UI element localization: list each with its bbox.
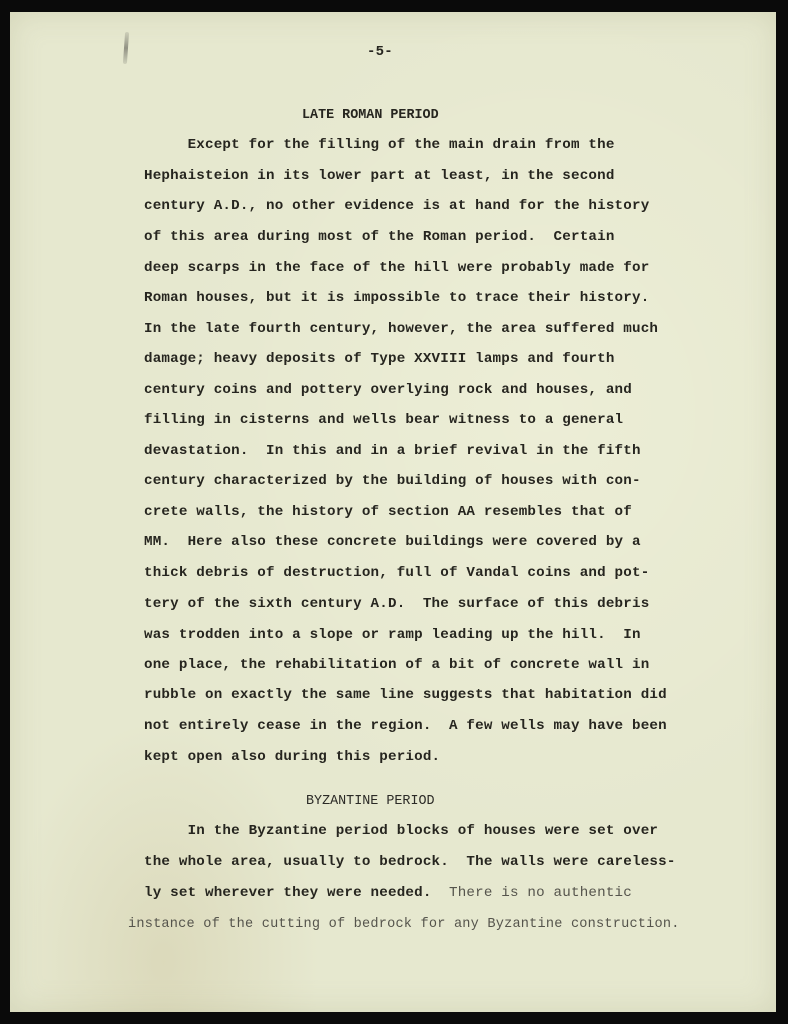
text-line: century A.D., no other evidence is at ha… — [144, 198, 649, 214]
text-line: rubble on exactly the same line suggests… — [144, 687, 667, 703]
text-segment-faint: There is no authentic — [432, 885, 632, 901]
section-heading-late-roman: LATE ROMAN PERIOD — [302, 108, 439, 123]
text-line: deep scarps in the face of the hill were… — [144, 260, 649, 276]
text-line: ly set wherever they were needed. There … — [144, 885, 632, 901]
text-line: crete walls, the history of section AA r… — [144, 504, 632, 520]
text-line: tery of the sixth century A.D. The surfa… — [144, 596, 649, 612]
text-line: In the Byzantine period blocks of houses… — [144, 823, 658, 839]
text-line: century coins and pottery overlying rock… — [144, 382, 632, 398]
text-segment: ly set wherever they were needed. — [144, 885, 432, 901]
text-line: filling in cisterns and wells bear witne… — [144, 412, 623, 428]
document-page: -5- LATE ROMAN PERIOD Except for the fil… — [10, 12, 776, 1012]
text-line: Roman houses, but it is impossible to tr… — [144, 290, 649, 306]
pencil-mark — [123, 32, 129, 64]
text-line: thick debris of destruction, full of Van… — [144, 565, 649, 581]
page-number: -5- — [367, 44, 393, 60]
section-heading-byzantine: BYZANTINE PERIOD — [306, 794, 435, 809]
text-line: kept open also during this period. — [144, 749, 440, 765]
text-line: was trodden into a slope or ramp leading… — [144, 627, 641, 643]
text-line: Except for the filling of the main drain… — [144, 137, 615, 153]
text-line: the whole area, usually to bedrock. The … — [144, 854, 676, 870]
text-line: not entirely cease in the region. A few … — [144, 718, 667, 734]
text-line: century characterized by the building of… — [144, 473, 641, 489]
text-line: devastation. In this and in a brief revi… — [144, 443, 641, 459]
text-line: MM. Here also these concrete buildings w… — [144, 534, 641, 550]
text-line: Hephaisteion in its lower part at least,… — [144, 168, 615, 184]
text-line-last: instance of the cutting of bedrock for a… — [128, 917, 680, 932]
text-line: of this area during most of the Roman pe… — [144, 229, 615, 245]
text-line: In the late fourth century, however, the… — [144, 321, 658, 337]
text-line: one place, the rehabilitation of a bit o… — [144, 657, 649, 673]
text-line: damage; heavy deposits of Type XXVIII la… — [144, 351, 615, 367]
